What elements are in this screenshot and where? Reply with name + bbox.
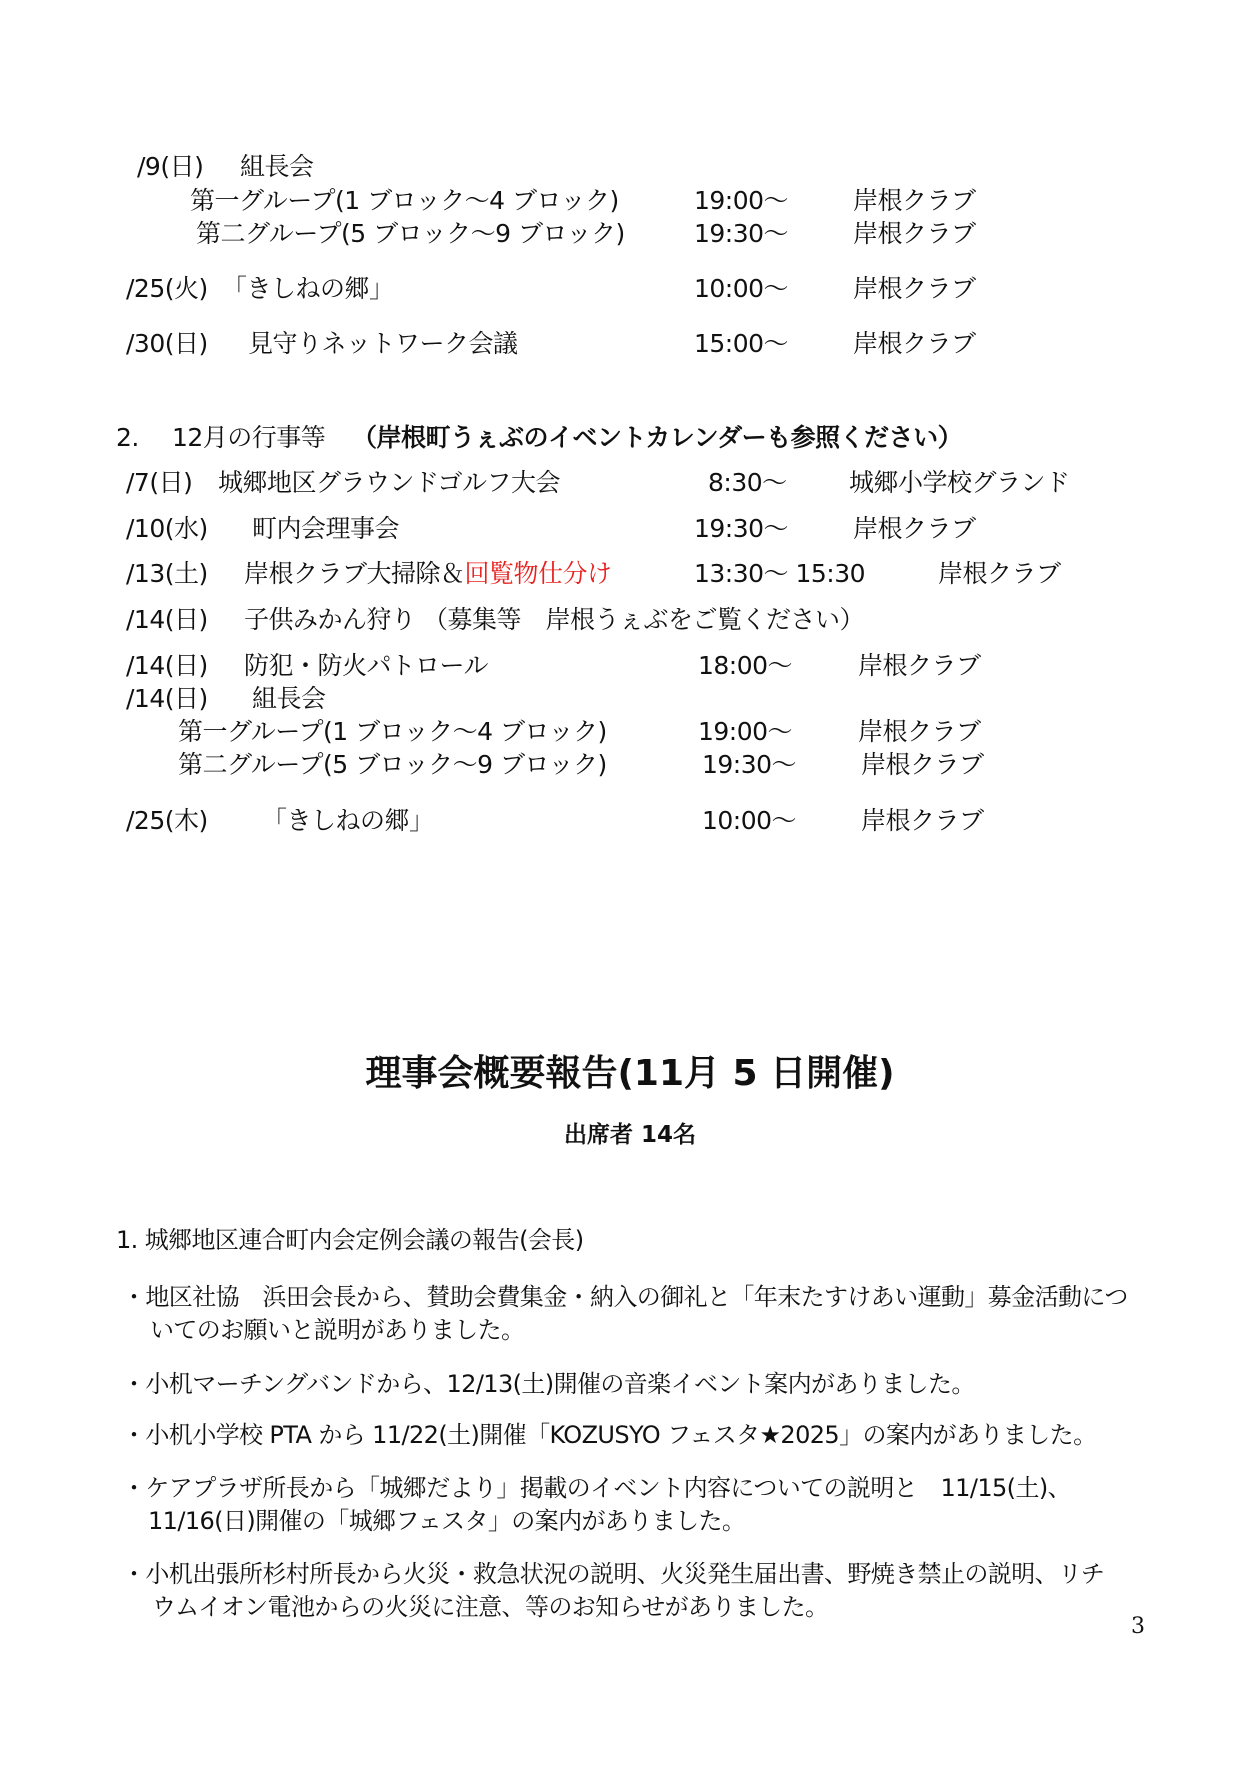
- event-place: 岸根クラブ: [853, 186, 976, 216]
- event-place: 岸根クラブ: [938, 559, 1061, 589]
- event-place: 岸根クラブ: [858, 651, 981, 681]
- event-title: 組長会: [252, 684, 326, 714]
- event-time: 19:00～: [698, 717, 792, 747]
- event-place: 岸根クラブ: [861, 750, 984, 780]
- bullet-item-line2: ウムイオン電池からの火災に注意、等のお知らせがありました。: [152, 1591, 828, 1624]
- event-title: 「きしねの郷」: [222, 274, 394, 304]
- event-date: /14(日): [126, 605, 208, 635]
- event-date: /14(日): [126, 684, 208, 714]
- event-place: 岸根クラブ: [853, 219, 976, 249]
- attendance: 出席者 14名: [0, 1120, 1260, 1150]
- event-date: /10(水): [126, 514, 208, 544]
- event-group: 第一グループ(1 ブロック～4 ブロック): [178, 717, 607, 747]
- report-title: 理事会概要報告(11月 5 日開催): [0, 1052, 1260, 1096]
- event-title-highlight: 回覧物仕分け: [465, 559, 612, 588]
- bullet-item-line2: いてのお願いと説明がありました。: [150, 1314, 524, 1347]
- event-title: 町内会理事会: [252, 514, 399, 544]
- event-time: 19:30～: [694, 219, 788, 249]
- event-date: /7(日): [126, 468, 192, 498]
- bullet-item-line1: ・小机マーチングバンドから、12/13(土)開催の音楽イベント案内がありました。: [122, 1368, 975, 1401]
- event-title-main: 岸根クラブ大掃除＆: [244, 559, 465, 588]
- event-time: 15:00～: [694, 329, 788, 359]
- event-group: 第一グループ(1 ブロック～4 ブロック): [190, 186, 619, 216]
- event-time: 8:30～: [708, 468, 787, 498]
- event-place: 城郷小学校グランド: [849, 468, 1070, 498]
- section-heading-note: （岸根町うぇぶのイベントカレンダーも参照ください）: [352, 423, 962, 453]
- event-place: 岸根クラブ: [853, 274, 976, 304]
- event-date: /25(火): [126, 274, 208, 304]
- event-date: /13(土): [126, 559, 208, 589]
- event-place: 岸根クラブ: [861, 806, 984, 836]
- event-title: 「きしねの郷」: [262, 806, 434, 836]
- event-date: /9(日): [137, 152, 203, 182]
- event-title: 城郷地区グラウンドゴルフ大会: [218, 468, 560, 498]
- event-place: 岸根クラブ: [853, 329, 976, 359]
- event-date: /30(日): [126, 329, 208, 359]
- event-title: 見守りネットワーク会議: [248, 329, 518, 359]
- event-place: 岸根クラブ: [853, 514, 976, 544]
- event-place: 岸根クラブ: [858, 717, 981, 747]
- event-group: 第二グループ(5 ブロック～9 ブロック): [178, 750, 607, 780]
- event-time: 19:30～: [694, 514, 788, 544]
- report-section-heading: 1. 城郷地区連合町内会定例会議の報告(会長): [116, 1224, 583, 1257]
- event-time: 10:00～: [694, 274, 788, 304]
- event-time: 10:00～: [702, 806, 796, 836]
- event-time: 19:30～: [702, 750, 796, 780]
- bullet-item-line1: ・小机小学校 PTA から 11/22(土)開催「KOZUSYO フェスタ★20…: [122, 1419, 1096, 1452]
- event-time: 18:00～: [698, 651, 792, 681]
- event-title: 組長会: [240, 152, 314, 182]
- section-number: 2.: [116, 423, 139, 453]
- event-date: /14(日): [126, 651, 208, 681]
- event-title: 岸根クラブ大掃除＆回覧物仕分け: [244, 559, 612, 589]
- bullet-item-line1: ・小机出張所杉村所長から火災・救急状況の説明、火災発生届出書、野焼き禁止の説明、…: [122, 1558, 1104, 1591]
- bullet-item-line1: ・地区社協 浜田会長から、賛助会費集金・納入の御礼と「年末たすけあい運動」募金活…: [122, 1281, 1128, 1314]
- bullet-item-line2: 11/16(日)開催の「城郷フェスタ」の案内がありました。: [148, 1505, 745, 1538]
- section-heading: 12月の行事等: [172, 423, 325, 453]
- bullet-item-line1: ・ケアプラザ所長から「城郷だより」掲載のイベント内容についての説明と 11/15…: [122, 1472, 1071, 1505]
- event-time: 19:00～: [694, 186, 788, 216]
- event-time: 13:30～ 15:30: [694, 559, 865, 589]
- event-group: 第二グループ(5 ブロック～9 ブロック): [196, 219, 625, 249]
- event-date: /25(木): [126, 806, 208, 836]
- page-number: 3: [1131, 1614, 1145, 1639]
- event-title: 防犯・防火パトロール: [244, 651, 488, 681]
- event-title: 子供みかん狩り （募集等 岸根うぇぶをご覧ください）: [244, 605, 864, 635]
